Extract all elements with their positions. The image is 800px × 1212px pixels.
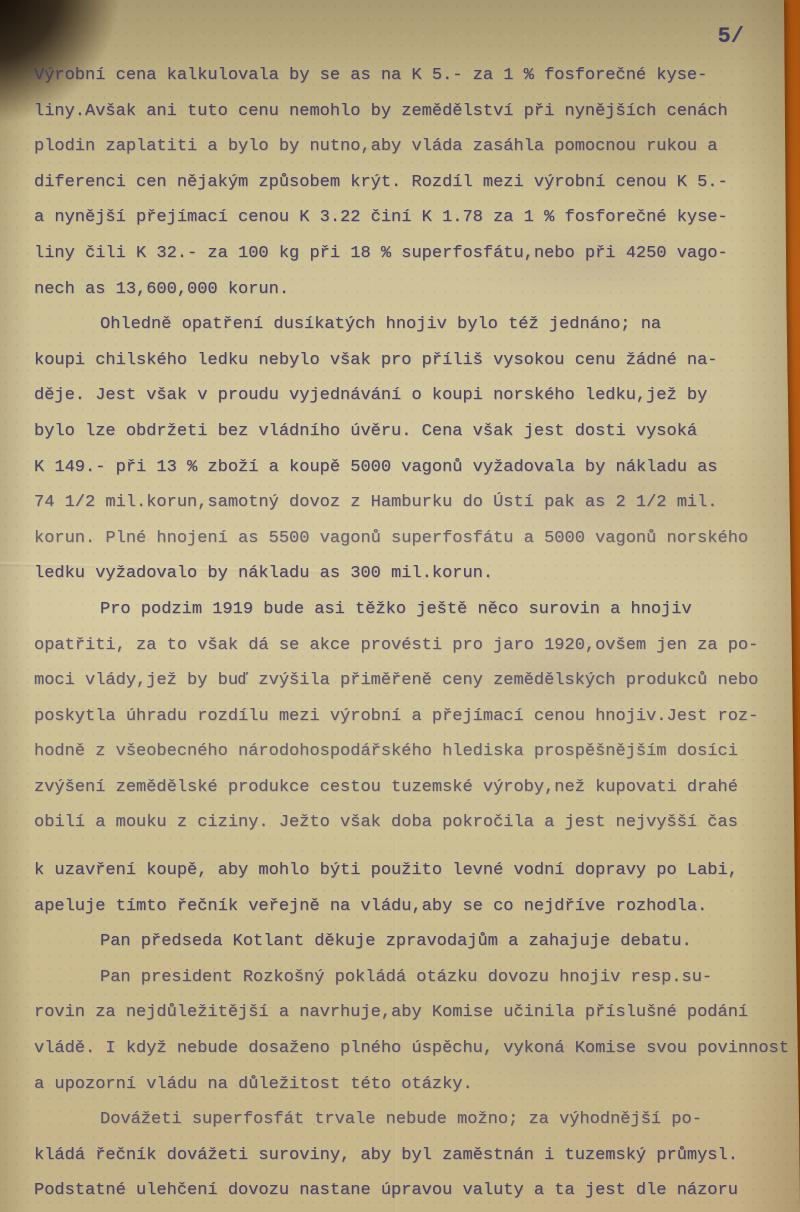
- paragraph: k uzavření koupě, aby mohlo býti použito…: [34, 853, 800, 924]
- paper-sheet: 5/ Výrobní cena kalkulovala by se as na …: [0, 0, 800, 1212]
- text-line: vládě. I když nebude dosaženo plného úsp…: [34, 1031, 800, 1067]
- text-line: liny.Avšak ani tuto cenu nemohlo by země…: [34, 94, 800, 130]
- text-line: a nynější přejímací cenou K 3.22 činí K …: [34, 200, 800, 236]
- text-line: Ohledně opatření dusíkatých hnojiv bylo …: [34, 307, 800, 343]
- text-line: poskytla úhradu rozdílu mezi výrobní a p…: [34, 699, 800, 735]
- text-line: rovin za nejdůležitější a navrhuje,aby K…: [34, 995, 800, 1031]
- text-line: K 149.- při 13 % zboží a koupě 5000 vago…: [34, 450, 800, 486]
- text-line: diferenci cen nějakým způsobem krýt. Roz…: [34, 165, 800, 201]
- paragraph: Pro podzim 1919 bude asi těžko ještě něc…: [34, 592, 800, 841]
- text-line: moci vlády,jež by buď zvýšila přiměřeně …: [34, 663, 800, 699]
- text-line: Pan předseda Kotlant děkuje zpravodajům …: [34, 924, 800, 960]
- paper-sheet-wrapper: 5/ Výrobní cena kalkulovala by se as na …: [0, 0, 800, 1212]
- text-line: 74 1/2 mil.korun,samotný dovoz z Hamburk…: [34, 485, 800, 521]
- text-line: plodin zaplatiti a bylo by nutno,aby vlá…: [34, 129, 800, 165]
- text-line: hodně z všeobecného národohospodářského …: [34, 734, 800, 770]
- text-line: bylo lze obdržeti bez vládního úvěru. Ce…: [34, 414, 800, 450]
- document-body: Výrobní cena kalkulovala by se as na K 5…: [34, 58, 800, 1209]
- text-line: děje. Jest však v proudu vyjednávání o k…: [34, 378, 800, 414]
- text-line: ledku vyžadovalo by nákladu as 300 mil.k…: [34, 556, 800, 592]
- text-line: korun. Plné hnojení as 5500 vagonů super…: [34, 521, 800, 557]
- page-number: 5/: [718, 24, 744, 49]
- text-line: liny čili K 32.- za 100 kg při 18 % supe…: [34, 236, 800, 272]
- text-line: Pan president Rozkošný pokládá otázku do…: [34, 960, 800, 996]
- text-line: opatřiti, za to však dá se akce provésti…: [34, 628, 800, 664]
- text-line: Dovážeti superfosfát trvale nebude možno…: [34, 1102, 800, 1138]
- text-line: Podstatné ulehčení dovozu nastane úpravo…: [34, 1173, 800, 1209]
- text-line: Pro podzim 1919 bude asi těžko ještě něc…: [34, 592, 800, 628]
- text-line: kládá řečník dovážeti suroviny, aby byl …: [34, 1138, 800, 1174]
- text-line: Výrobní cena kalkulovala by se as na K 5…: [34, 58, 800, 94]
- text-line: zvýšení zemědělské produkce cestou tuzem…: [34, 770, 800, 806]
- text-line: k uzavření koupě, aby mohlo býti použito…: [34, 853, 800, 889]
- paragraph: Dovážeti superfosfát trvale nebude možno…: [34, 1102, 800, 1209]
- text-line: obilí a mouku z ciziny. Ježto však doba …: [34, 805, 800, 841]
- paragraph: Pan president Rozkošný pokládá otázku do…: [34, 960, 800, 1102]
- text-line: a upozorní vládu na důležitost této otáz…: [34, 1067, 800, 1103]
- scanned-document-page: 5/ Výrobní cena kalkulovala by se as na …: [0, 0, 800, 1212]
- text-line: apeluje tímto řečník veřejně na vládu,ab…: [34, 889, 800, 925]
- paragraph: Výrobní cena kalkulovala by se as na K 5…: [34, 58, 800, 307]
- paragraph: Pan předseda Kotlant děkuje zpravodajům …: [34, 924, 800, 960]
- text-line: nech as 13,600,000 korun.: [34, 272, 800, 308]
- paragraph: Ohledně opatření dusíkatých hnojiv bylo …: [34, 307, 800, 592]
- text-line: koupi chilského ledku nebylo však pro př…: [34, 343, 800, 379]
